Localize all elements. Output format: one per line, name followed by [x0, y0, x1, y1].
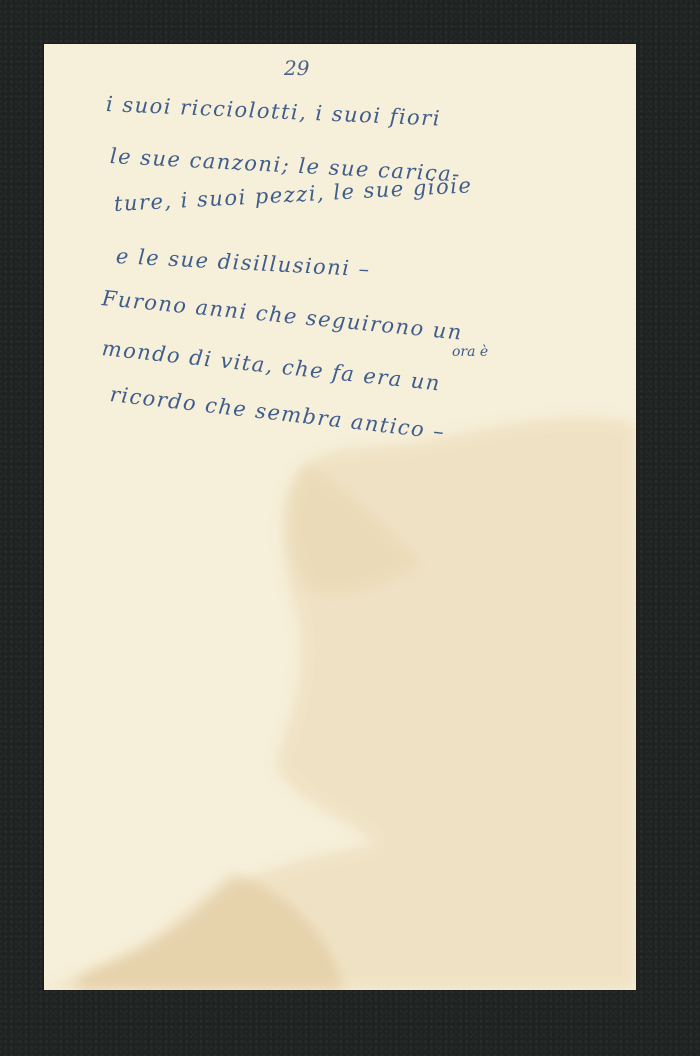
manuscript-line-7: ricordo che sembra antico –	[109, 382, 447, 444]
manuscript-line-5: Furono anni che seguirono un	[101, 286, 464, 345]
page-number: 29	[284, 56, 309, 80]
manuscript-line-1: i suoi ricciolotti, i suoi fiori	[105, 92, 441, 131]
manuscript-page: 29 i suoi ricciolotti, i suoi fiori le s…	[44, 44, 636, 990]
manuscript-line-3: ture, i suoi pezzi, le sue gioie	[113, 173, 473, 216]
insertion-above-line-6: ora è	[452, 344, 488, 360]
manuscript-line-4: e le sue disillusioni –	[115, 244, 371, 281]
